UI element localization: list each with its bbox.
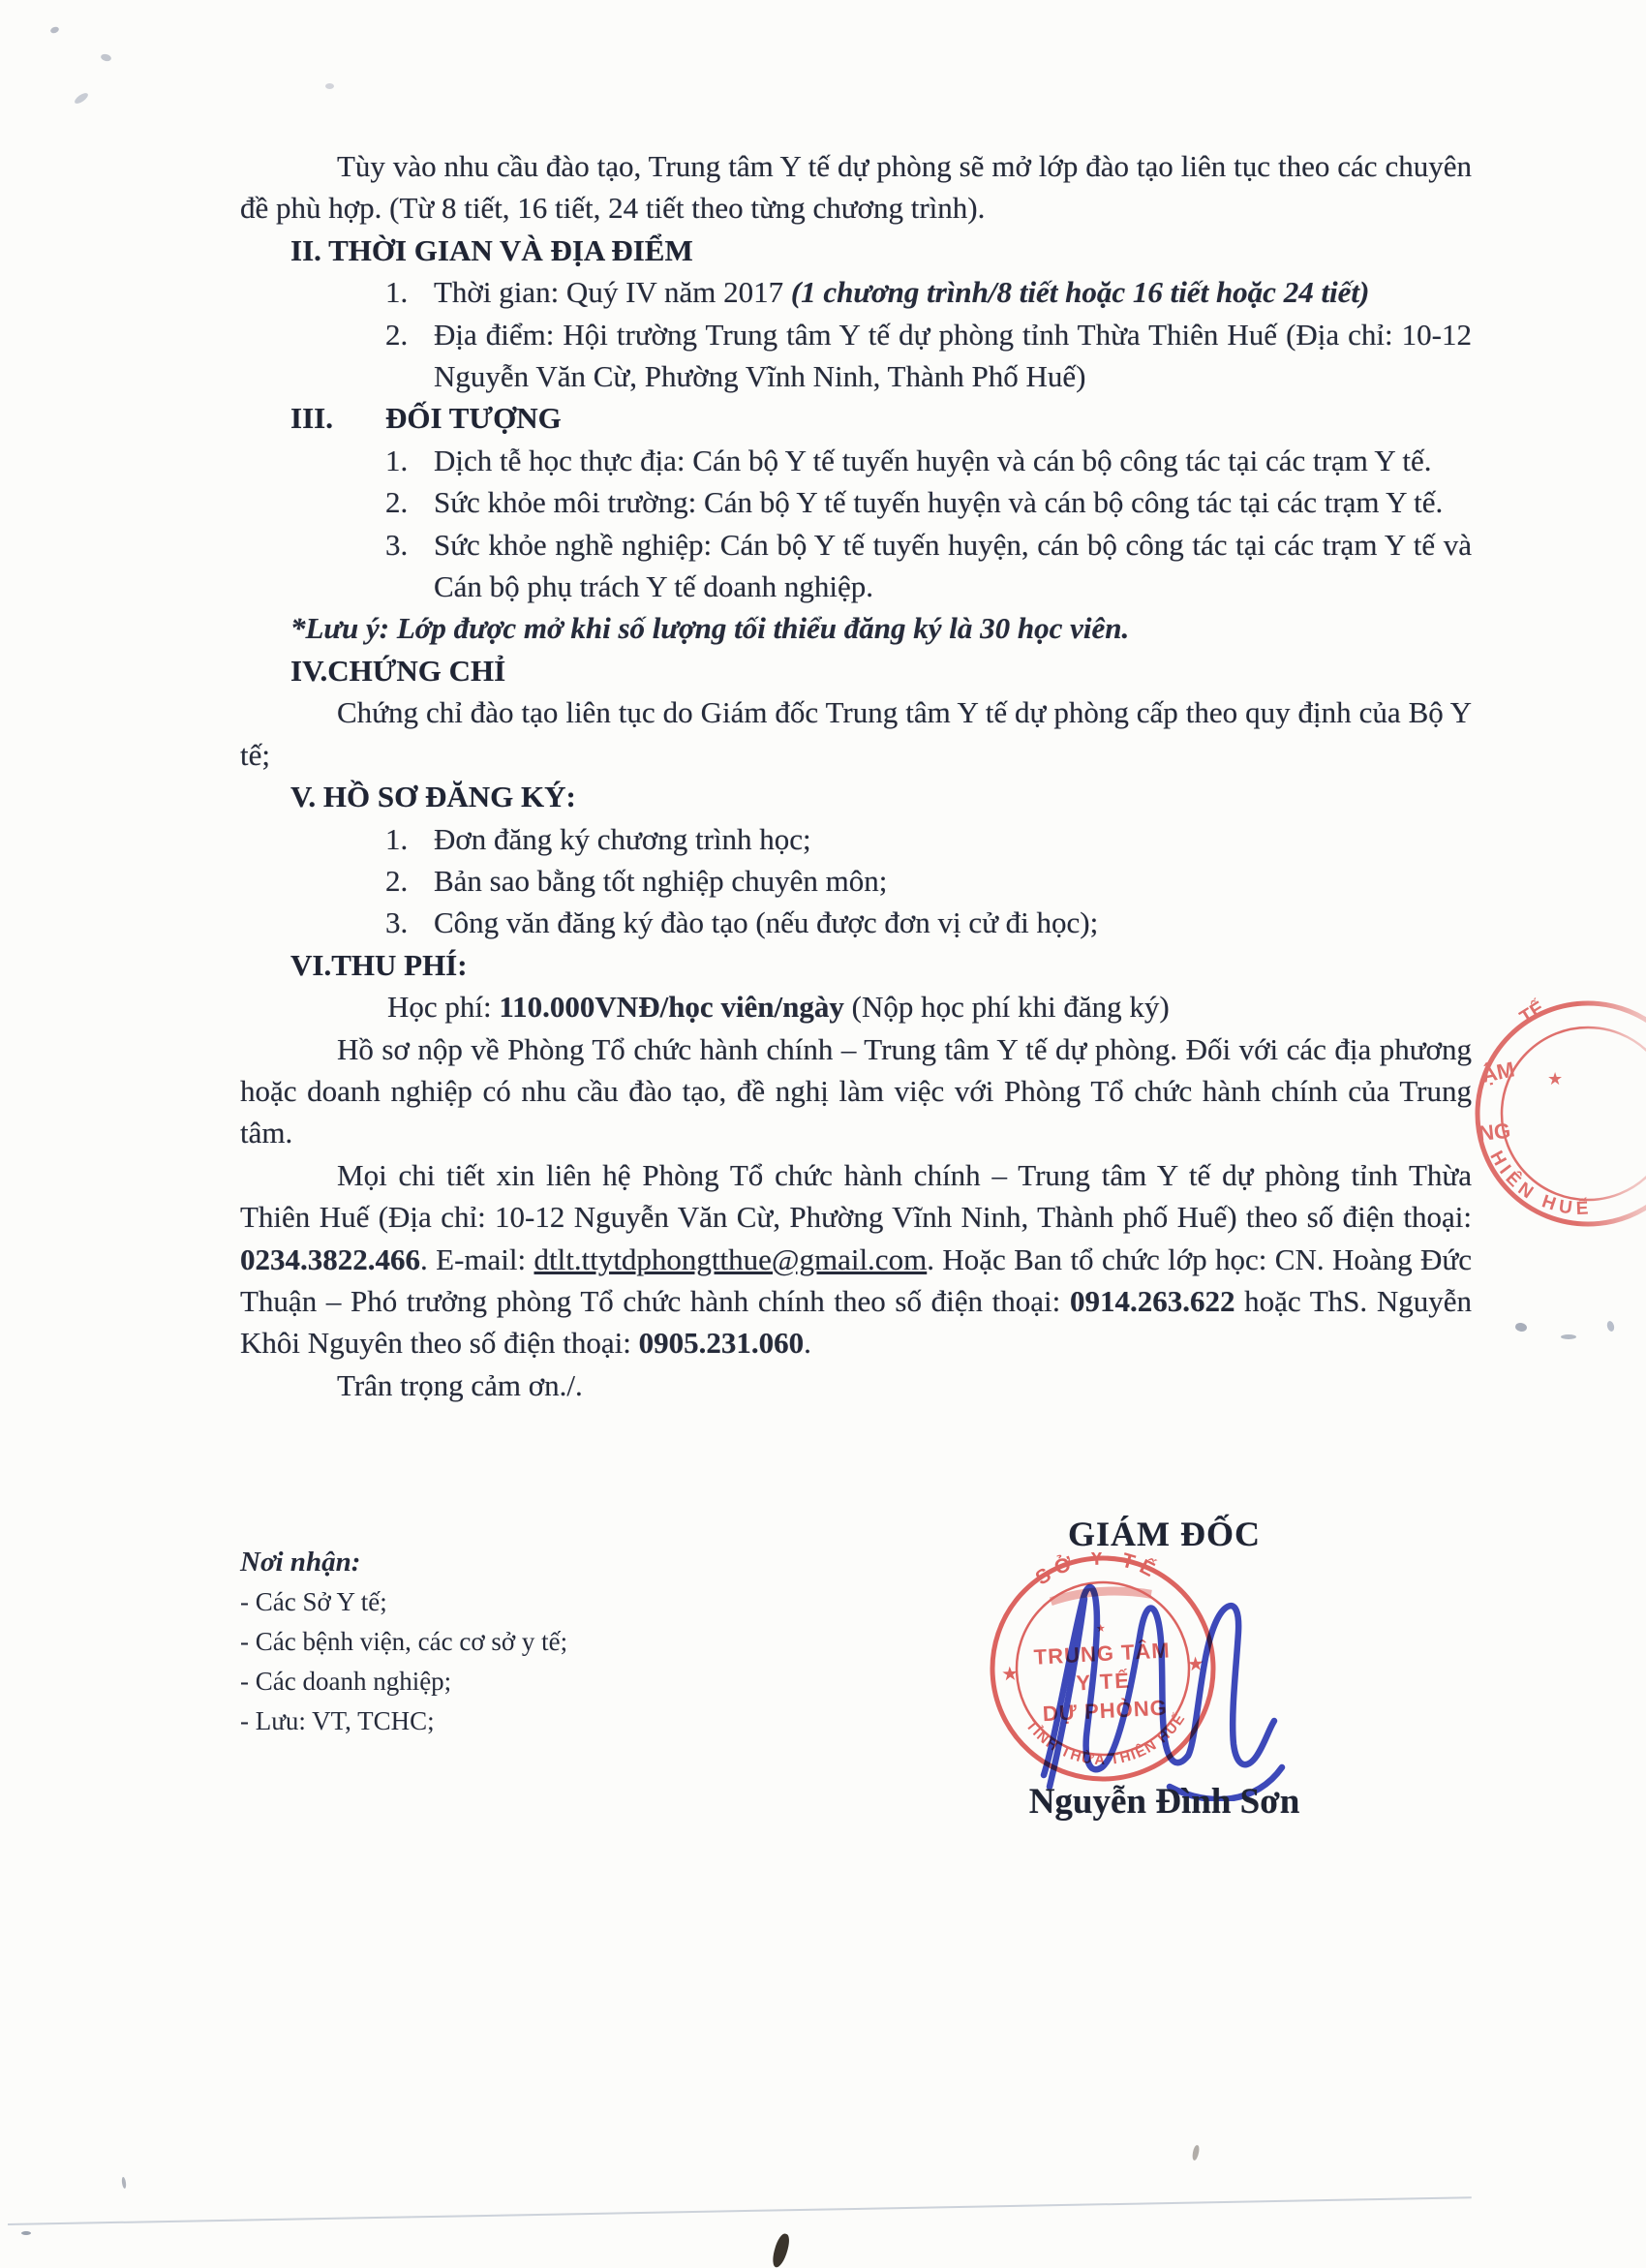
partial-stamp-inner-ring xyxy=(1502,1027,1646,1200)
item-number: 3. xyxy=(385,902,434,943)
signature-stroke-3 xyxy=(1050,1599,1084,1787)
text-segment: Thời gian: Quý IV năm 2017 xyxy=(434,275,791,309)
text-segment: 110.000VNĐ/học viên/ngày xyxy=(499,990,844,1024)
certificate-paragraph: Chứng chỉ đào tạo liên tục do Giám đốc T… xyxy=(240,691,1472,776)
text-segment: . xyxy=(804,1326,811,1360)
text-segment: Hồ sơ nộp về Phòng Tổ chức hành chính – … xyxy=(240,1032,1472,1150)
text-segment: VI.THU PHÍ: xyxy=(290,948,468,982)
text-segment: dtlt.ttytdphongtthue@gmail.com xyxy=(534,1242,928,1276)
target-item-3: 3.Sức khỏe nghề nghiệp: Cán bộ Y tế tuyế… xyxy=(240,524,1472,608)
stamp-star-left-icon: ★ xyxy=(1001,1664,1020,1686)
signature-stroke-2 xyxy=(1188,1606,1274,1764)
section-vi-heading: VI.THU PHÍ: xyxy=(240,944,1472,986)
text-segment: Đơn đăng ký chương trình học; xyxy=(434,822,811,856)
partial-stamp-fragment-mid1: ẬM xyxy=(1479,1057,1517,1088)
time-item: 1.Thời gian: Quý IV năm 2017 (1 chương t… xyxy=(240,271,1472,313)
partial-stamp-fragment-mid2: NG xyxy=(1478,1119,1511,1146)
minimum-enrollment-note: *Lưu ý: Lớp được mở khi số lượng tối thi… xyxy=(240,607,1472,649)
text-segment: Mọi chi tiết xin liên hệ Phòng Tổ chức h… xyxy=(240,1158,1472,1234)
ink-blot xyxy=(771,2232,792,2268)
location-item: 2.Địa điểm: Hội trường Trung tâm Y tế dự… xyxy=(240,314,1472,398)
scan-speck xyxy=(121,2177,127,2189)
item-number: 2. xyxy=(385,314,434,355)
contact-paragraph: Mọi chi tiết xin liên hệ Phòng Tổ chức h… xyxy=(240,1154,1472,1364)
recipient-item: - Các doanh nghiệp; xyxy=(240,1662,567,1701)
scan-speck xyxy=(21,2231,31,2235)
dossier-item-2: 2.Bản sao bằng tốt nghiệp chuyên môn; xyxy=(240,860,1472,902)
dossier-item-3: 3.Công văn đăng ký đào tạo (nếu được đơn… xyxy=(240,902,1472,943)
item-number: 2. xyxy=(385,860,434,902)
section-iv-heading: IV.CHỨNG CHỈ xyxy=(240,650,1472,691)
text-segment: ĐỐI TƯỢNG xyxy=(385,401,562,435)
closing-paragraph: Trân trọng cảm ơn./. xyxy=(240,1364,1472,1406)
text-segment: Sức khỏe môi trường: Cán bộ Y tế tuyến h… xyxy=(434,485,1443,519)
recipient-item: - Lưu: VT, TCHC; xyxy=(240,1701,567,1741)
scan-speck xyxy=(1514,1322,1527,1333)
ink-blot-small xyxy=(1192,2145,1201,2161)
section-iii-heading: III.ĐỐI TƯỢNG xyxy=(240,397,1472,439)
scan-speck xyxy=(1606,1320,1616,1332)
text-segment: 0905.231.060 xyxy=(639,1326,805,1360)
signer-name: Nguyễn Đình Sơn xyxy=(920,1781,1409,1823)
recipients-list: - Các Sở Y tế;- Các bệnh viện, các cơ sở… xyxy=(240,1582,567,1741)
signature-stroke-1 xyxy=(1044,1587,1188,1775)
recipients-title: Nơi nhận: xyxy=(240,1543,567,1582)
text-segment: Trân trọng cảm ơn./. xyxy=(337,1368,583,1402)
scan-speck xyxy=(73,91,89,106)
text-segment: IV.CHỨNG CHỈ xyxy=(290,654,505,688)
scan-speck xyxy=(100,53,111,63)
text-segment: (Nộp học phí khi đăng ký) xyxy=(844,990,1170,1024)
text-segment: III. xyxy=(290,397,385,439)
submission-paragraph: Hồ sơ nộp về Phòng Tổ chức hành chính – … xyxy=(240,1028,1472,1154)
text-segment: Học phí: xyxy=(387,990,499,1024)
item-number: 1. xyxy=(385,271,434,313)
director-title: GIÁM ĐỐC xyxy=(920,1514,1409,1554)
target-item-2: 2.Sức khỏe môi trường: Cán bộ Y tế tuyến… xyxy=(240,481,1472,523)
scan-speck xyxy=(49,26,60,35)
text-segment: Công văn đăng ký đào tạo (nếu được đơn v… xyxy=(434,905,1098,939)
text-segment: 0234.3822.466 xyxy=(240,1242,420,1276)
recipients-block: Nơi nhận: - Các Sở Y tế;- Các bệnh viện,… xyxy=(240,1543,567,1741)
scan-speck xyxy=(1561,1334,1576,1339)
item-number: 3. xyxy=(385,524,434,566)
section-ii-heading: II. THỜI GIAN VÀ ĐỊA ĐIỂM xyxy=(240,230,1472,271)
dossier-item-1: 1.Đơn đăng ký chương trình học; xyxy=(240,818,1472,860)
text-segment: V. HỒ SƠ ĐĂNG KÝ: xyxy=(290,780,576,813)
item-number: 1. xyxy=(385,440,434,481)
item-number: 1. xyxy=(385,818,434,860)
text-segment: Sức khỏe nghề nghiệp: Cán bộ Y tế tuyến … xyxy=(434,528,1472,603)
recipient-item: - Các Sở Y tế; xyxy=(240,1582,567,1622)
target-item-1: 1.Dịch tễ học thực địa: Cán bộ Y tế tuyế… xyxy=(240,440,1472,481)
document-body: Tùy vào nhu cầu đào tạo, Trung tâm Y tế … xyxy=(240,145,1472,1406)
item-number: 2. xyxy=(385,481,434,523)
scan-speck xyxy=(325,83,334,89)
partial-stamp-star-icon: ★ xyxy=(1547,1069,1563,1088)
text-segment: Dịch tễ học thực địa: Cán bộ Y tế tuyến … xyxy=(434,444,1432,477)
signature-scribble xyxy=(1026,1564,1288,1801)
text-segment: . E-mail: xyxy=(420,1242,534,1276)
text-segment: Địa điểm: Hội trường Trung tâm Y tế dự p… xyxy=(434,318,1472,393)
recipient-item: - Các bệnh viện, các cơ sở y tế; xyxy=(240,1622,567,1662)
fee-paragraph: Học phí: 110.000VNĐ/học viên/ngày (Nộp h… xyxy=(240,986,1472,1027)
scan-line xyxy=(8,2196,1472,2225)
text-segment: II. THỜI GIAN VÀ ĐỊA ĐIỂM xyxy=(290,233,693,267)
text-segment: Bản sao bằng tốt nghiệp chuyên môn; xyxy=(434,864,887,898)
partial-stamp: TẾ ẬM ★ NG HIÊN HUẾ xyxy=(1472,997,1646,1230)
scanned-document-page: Tùy vào nhu cầu đào tạo, Trung tâm Y tế … xyxy=(0,0,1646,2268)
text-segment: (1 chương trình/8 tiết hoặc 16 tiết hoặc… xyxy=(791,275,1370,309)
text-segment: *Lưu ý: Lớp được mở khi số lượng tối thi… xyxy=(290,611,1129,645)
intro-paragraph: Tùy vào nhu cầu đào tạo, Trung tâm Y tế … xyxy=(240,145,1472,230)
section-v-heading: V. HỒ SƠ ĐĂNG KÝ: xyxy=(240,776,1472,817)
text-segment: 0914.263.622 xyxy=(1070,1284,1235,1318)
text-segment: Tùy vào nhu cầu đào tạo, Trung tâm Y tế … xyxy=(240,149,1472,225)
text-segment: Chứng chỉ đào tạo liên tục do Giám đốc T… xyxy=(240,695,1472,771)
